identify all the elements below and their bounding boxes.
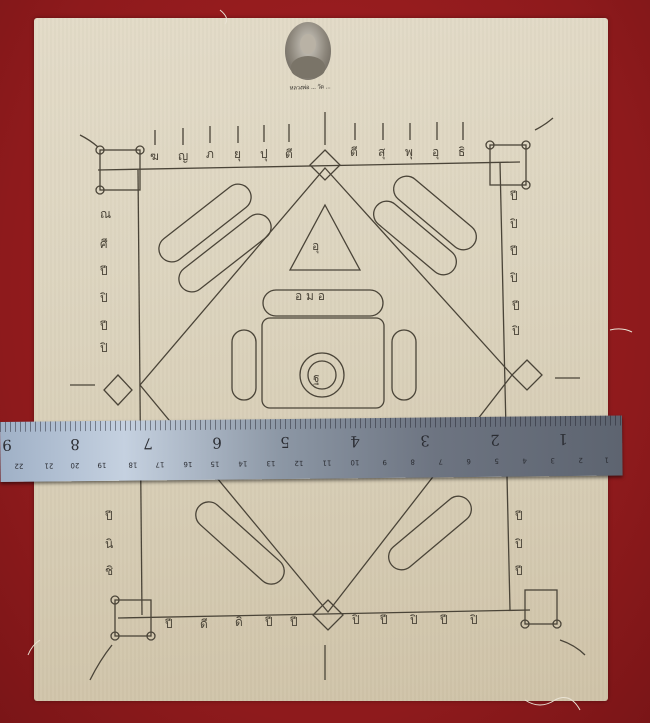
portrait-body: [291, 56, 325, 78]
ruler-cm: 16: [183, 460, 192, 468]
svg-text:ดี: ดี: [200, 617, 208, 631]
monk-portrait: [285, 22, 331, 80]
svg-text:ปี: ปี: [509, 244, 517, 258]
center-label: อ ม อ: [295, 289, 325, 303]
ruler-inch-1: 1: [558, 430, 568, 448]
svg-text:ปี: ปี: [99, 319, 107, 333]
svg-text:ปิ: ปิ: [99, 341, 107, 355]
ruler-inch-3: 3: [420, 432, 430, 450]
ruler-cm: 19: [97, 461, 106, 469]
ruler-cm: 8: [410, 458, 415, 466]
ruler-cm: 6: [466, 457, 471, 465]
svg-text:ปุ: ปุ: [260, 147, 268, 162]
svg-text:ปิ: ปิ: [514, 537, 522, 551]
svg-text:อุ: อุ: [432, 145, 439, 160]
svg-text:ณ: ณ: [100, 207, 111, 221]
svg-text:ศี: ศี: [100, 237, 108, 251]
ruler-cm: 15: [210, 460, 219, 468]
svg-text:ธิ: ธิ: [458, 145, 465, 159]
svg-text:ปี: ปี: [164, 617, 172, 631]
ruler-cm: 18: [128, 461, 137, 469]
ruler-cm: 20: [70, 461, 79, 469]
ruler-cm: 5: [494, 457, 499, 465]
ruler-cm: 10: [350, 458, 359, 466]
ruler-cm: 2: [578, 456, 583, 464]
svg-text:ยุ: ยุ: [234, 147, 241, 162]
svg-text:ญ: ญ: [178, 149, 188, 163]
steel-ruler: 9 8 7 6 5 4 3 2 1 22 21 20 19 18 17 16 1…: [0, 415, 623, 482]
svg-text:ปี: ปี: [104, 509, 112, 523]
svg-text:ปิ: ปิ: [351, 613, 359, 627]
svg-text:ปี: ปี: [439, 613, 447, 627]
top-row-glyphs: ฆ ญ ภ ยุ ปุ ตี ตี สุ พุ อุ ธิ: [150, 145, 465, 163]
ruler-cm: 7: [438, 457, 443, 465]
svg-text:สุ: สุ: [378, 145, 386, 160]
ruler-inch-9: 9: [2, 436, 12, 454]
ruler-cm: 9: [382, 458, 387, 466]
svg-text:ปี: ปี: [99, 264, 107, 278]
ruler-cm: 1: [604, 456, 609, 464]
svg-text:ปิ: ปิ: [509, 271, 517, 285]
svg-text:ปิ: ปิ: [99, 291, 107, 305]
ruler-inch-7: 7: [143, 434, 153, 452]
ruler-inch-5: 5: [280, 433, 290, 451]
ruler-inch-2: 2: [490, 431, 500, 449]
svg-text:ชิ: ชิ: [105, 564, 113, 578]
svg-text:อุ: อุ: [312, 239, 319, 254]
ruler-cm: 17: [155, 460, 164, 468]
ruler-inch-4: 4: [350, 432, 360, 450]
ruler-inch-6: 6: [212, 434, 222, 452]
svg-text:ตี: ตี: [285, 147, 293, 161]
svg-text:ฆ: ฆ: [150, 149, 159, 163]
ruler-cm: 21: [44, 461, 53, 469]
ruler-inch-8: 8: [70, 435, 80, 453]
svg-text:ปิ: ปิ: [509, 217, 517, 231]
svg-text:ปิ: ปิ: [469, 613, 477, 627]
svg-text:พุ: พุ: [405, 145, 413, 160]
svg-text:ปี: ปี: [514, 564, 522, 578]
svg-text:ปี: ปี: [514, 509, 522, 523]
ruler-cm: 14: [238, 459, 247, 467]
ruler-cm: 11: [322, 459, 331, 467]
portrait-face: [300, 34, 316, 54]
svg-text:ปิ: ปิ: [511, 324, 519, 338]
svg-text:ปี: ปี: [511, 299, 519, 313]
svg-text:ปี: ปี: [289, 615, 297, 629]
ruler-cm: 13: [266, 459, 275, 467]
svg-text:นิ: นิ: [105, 537, 113, 551]
ruler-cm: 3: [550, 456, 555, 464]
ruler-cm: 12: [294, 459, 303, 467]
yantra-drawing: ฆ ญ ภ ยุ ปุ ตี ตี สุ พุ อุ ธิ ณศีปี ปิปี…: [0, 0, 650, 723]
svg-text:ปี: ปี: [264, 615, 272, 629]
svg-text:ปี: ปี: [379, 613, 387, 627]
ruler-cm: 22: [14, 462, 23, 470]
svg-text:ปิ: ปิ: [409, 613, 417, 627]
svg-text:ตี: ตี: [350, 145, 358, 159]
svg-text:ฐ: ฐ: [313, 371, 320, 385]
svg-text:ภ: ภ: [206, 147, 214, 161]
ruler-cm: 4: [522, 456, 527, 464]
svg-text:ปี: ปี: [509, 189, 517, 203]
svg-text:ดิ: ดิ: [235, 615, 243, 629]
